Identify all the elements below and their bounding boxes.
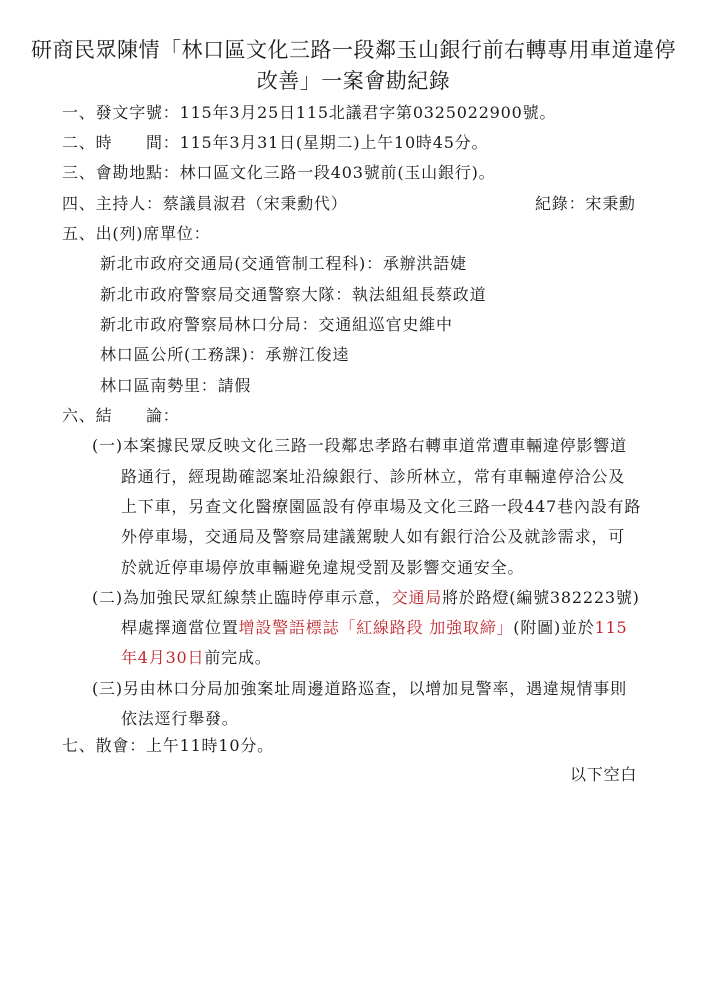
attendee: 新北市政府警察局林口分局：交通組巡官史維中 [100, 312, 453, 335]
meeting-host: 四、主持人：蔡議員淑君（宋秉勳代） [62, 191, 348, 214]
conclusion-1-line: 於就近停車場停放車輛避免違規受罰及影響交通安全。 [121, 555, 524, 578]
conclusion-1-line: 外停車場，交通局及警察局建議駕駛人如有銀行洽公及就診需求，可 [121, 524, 625, 547]
conclusion-1-line: 路通行，經現勘確認案址沿線銀行、診所林立，常有車輛違停洽公及 [121, 464, 625, 487]
doc-number: 一、發文字號：115年3月25日115北議君字第0325022900號。 [62, 100, 556, 123]
conclusion-3-line: 依法逕行舉發。 [121, 706, 239, 729]
conclusion-3-line: (三)另由林口分局加強案址周邊道路巡查，以增加見警率，遇違規情事則 [92, 676, 627, 699]
highlight-text: 年4月30日 [121, 648, 204, 667]
highlight-text: 115 [595, 618, 628, 637]
highlight-text: 增設警語標誌「紅線路段 加強取締」 [239, 618, 514, 637]
recorder: 紀錄：宋秉勳 [535, 191, 636, 214]
document-title-line1: 研商民眾陳情「林口區文化三路一段鄰玉山銀行前右轉專用車道違停 [0, 34, 707, 64]
attendee: 新北市政府警察局交通警察大隊：執法組組長蔡政道 [100, 282, 486, 305]
conclusion-1-line: (一)本案據民眾反映文化三路一段鄰忠孝路右轉車道常遭車輛違停影響道 [92, 433, 627, 456]
conclusion-2-line1: (二)為加強民眾紅線禁止臨時停車示意，交通局將於路燈(編號382223號) [92, 585, 640, 608]
attendee: 新北市政府交通局(交通管制工程科)：承辦洪語婕 [100, 251, 467, 274]
highlight-text: 交通局 [392, 588, 442, 607]
conclusion-heading: 六、結 論： [62, 403, 180, 426]
conclusion-1-line: 上下車，另查文化醫療園區設有停車場及文化三路一段447巷內設有路 [121, 494, 641, 517]
conclusion-2-line3: 年4月30日前完成。 [121, 645, 272, 668]
attendee: 林口區南勢里：請假 [100, 373, 251, 396]
meeting-location: 三、會勘地點：林口區文化三路一段403號前(玉山銀行)。 [62, 160, 495, 183]
meeting-time: 二、時 間：115年3月31日(星期二)上午10時45分。 [62, 130, 488, 153]
attendees-heading: 五、出(列)席單位： [62, 221, 211, 244]
conclusion-2-line2: 桿處擇適當位置增設警語標誌「紅線路段 加強取締」(附圖)並於115 [121, 615, 628, 638]
document-title-line2: 改善」一案會勘紀錄 [0, 65, 707, 95]
adjourn: 七、散會：上午11時10分。 [62, 733, 274, 756]
attendee: 林口區公所(工務課)：承辦江俊逵 [100, 342, 349, 365]
end-note: 以下空白 [570, 762, 637, 785]
